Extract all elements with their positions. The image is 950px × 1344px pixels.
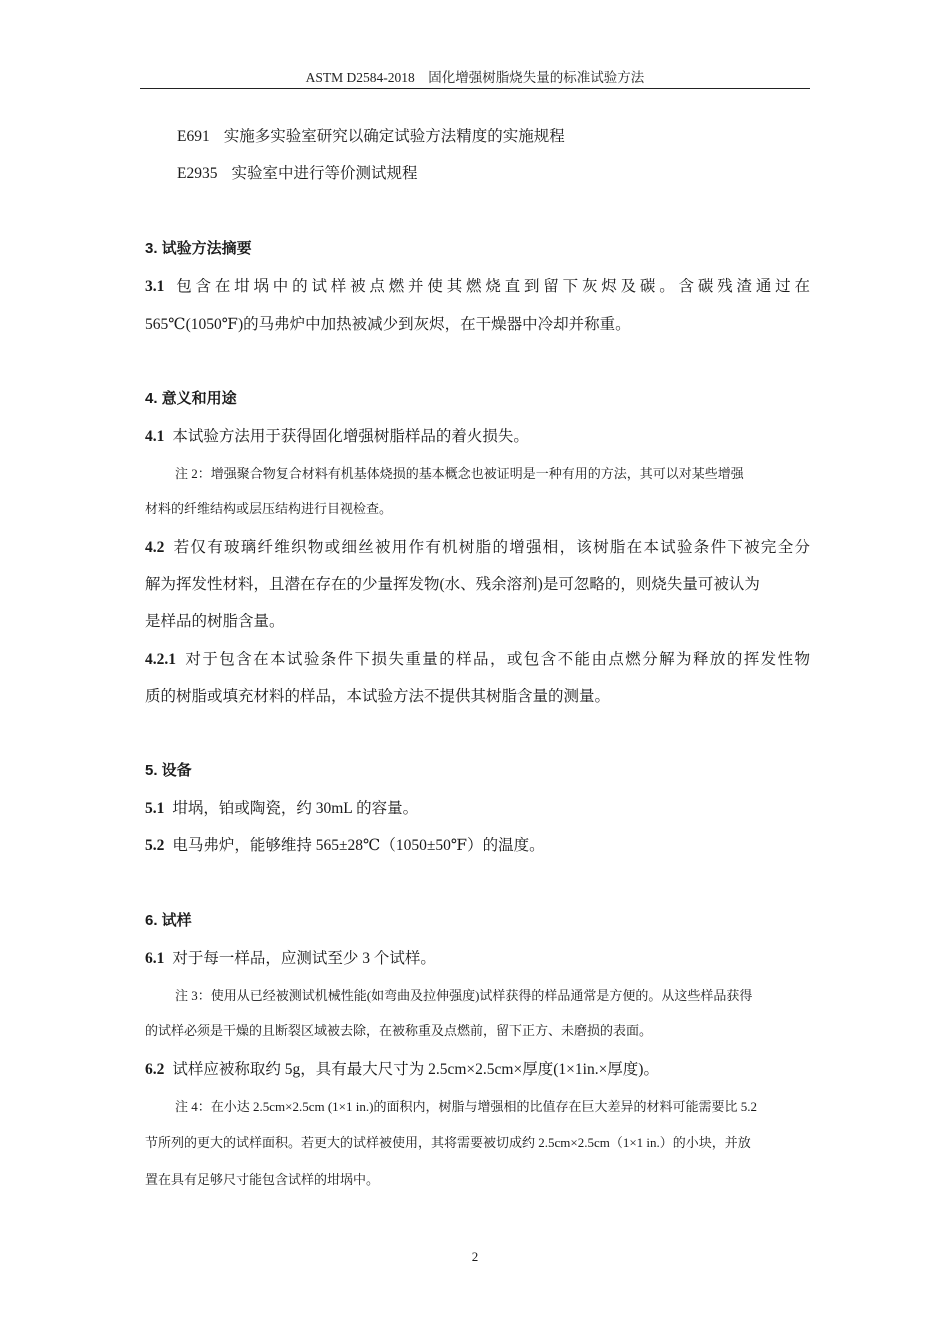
paragraph-3-1: 3.1包含在坩埚中的试样被点燃并使其燃烧直到留下灰烬及碳。含碳残渣通过在 xyxy=(145,274,810,296)
paragraph-text: 电马弗炉，能够维持 565±28℃（1050±50℉）的温度。 xyxy=(172,837,544,854)
note-4-continued: 置在具有足够尺寸能包含试样的坩埚中。 xyxy=(145,1169,810,1188)
paragraph-4-2: 4.2若仅有玻璃纤维织物或细丝被用作有机树脂的增强相，该树脂在本试验条件下被完全… xyxy=(145,535,810,557)
note-4-continued: 节所列的更大的试样面积。若更大的试样被使用，其将需要被切成约 2.5cm×2.5… xyxy=(145,1132,810,1151)
clause-number: 3.1 xyxy=(145,278,164,295)
reference-code: E2935 xyxy=(177,165,217,183)
section-heading: 3. 试验方法摘要 xyxy=(145,237,810,258)
paragraph-5-1: 5.1坩埚，铂或陶瓷，约 30mL 的容量。 xyxy=(145,796,810,818)
section-heading: 5. 设备 xyxy=(145,759,810,780)
paragraph-text: 对于每一样品，应测试至少 3 个试样。 xyxy=(172,950,436,967)
paragraph-5-2: 5.2电马弗炉，能够维持 565±28℃（1050±50℉）的温度。 xyxy=(145,833,810,855)
paragraph-text: 坩埚，铂或陶瓷，约 30mL 的容量。 xyxy=(172,800,418,817)
running-header: ASTM D2584-2018 固化增强树脂烧失量的标准试验方法 xyxy=(140,66,810,86)
paragraph-text: 565℃(1050℉)的马弗炉中加热被减少到灰烬，在干燥器中冷却并称重。 xyxy=(145,312,810,334)
paragraph-text: 对于包含在本试验条件下损失重量的样品，或包含不能由点燃分解为释放的挥发性物 xyxy=(184,651,810,668)
reference-item: E2935实验室中进行等价测试规程 xyxy=(177,161,842,183)
paragraph-text: 试样应被称取约 5g，具有最大尺寸为 2.5cm×2.5cm×厚度(1×1in.… xyxy=(172,1061,659,1078)
clause-number: 4.1 xyxy=(145,428,164,445)
clause-number: 4.2 xyxy=(145,539,164,556)
paragraph-text: 是样品的树脂含量。 xyxy=(145,609,810,631)
clause-number: 6.2 xyxy=(145,1061,164,1078)
paragraph-text: 质的树脂或填充材料的样品，本试验方法不提供其树脂含量的测量。 xyxy=(145,684,810,706)
clause-number: 5.2 xyxy=(145,837,164,854)
clause-number: 6.1 xyxy=(145,950,164,967)
page-number: 2 xyxy=(440,1249,510,1265)
paragraph-4-1: 4.1本试验方法用于获得固化增强树脂样品的着火损失。 xyxy=(145,424,810,446)
clause-number: 4.2.1 xyxy=(145,651,176,668)
reference-title: 实施多实验室研究以确定试验方法精度的实施规程 xyxy=(224,128,565,145)
paragraph-text: 本试验方法用于获得固化增强树脂样品的着火损失。 xyxy=(172,428,529,445)
note-2: 注 2：增强聚合物复合材料有机基体烧损的基本概念也被证明是一种有用的方法，其可以… xyxy=(175,463,810,482)
note-4: 注 4：在小达 2.5cm×2.5cm (1×1 in.)的面积内，树脂与增强相… xyxy=(175,1096,810,1115)
paragraph-6-2: 6.2试样应被称取约 5g，具有最大尺寸为 2.5cm×2.5cm×厚度(1×1… xyxy=(145,1057,810,1079)
paragraph-6-1: 6.1对于每一样品，应测试至少 3 个试样。 xyxy=(145,946,810,968)
reference-code: E691 xyxy=(177,128,210,146)
reference-item: E691实施多实验室研究以确定试验方法精度的实施规程 xyxy=(177,124,842,146)
clause-number: 5.1 xyxy=(145,800,164,817)
paragraph-4-2-1: 4.2.1对于包含在本试验条件下损失重量的样品，或包含不能由点燃分解为释放的挥发… xyxy=(145,647,810,669)
paragraph-text: 包含在坩埚中的试样被点燃并使其燃烧直到留下灰烬及碳。含碳残渣通过在 xyxy=(172,278,810,295)
note-3: 注 3：使用从已经被测试机械性能(如弯曲及拉伸强度)试样获得的样品通常是方便的。… xyxy=(175,985,810,1004)
reference-title: 实验室中进行等价测试规程 xyxy=(231,165,417,182)
note-2-continued: 材料的纤维结构或层压结构进行目视检查。 xyxy=(145,498,810,517)
paragraph-text: 解为挥发性材料，且潜在存在的少量挥发物(水、残余溶剂)是可忽略的，则烧失量可被认… xyxy=(145,572,810,594)
paragraph-text: 若仅有玻璃纤维织物或细丝被用作有机树脂的增强相，该树脂在本试验条件下被完全分 xyxy=(172,539,810,556)
note-3-continued: 的试样必须是干燥的且断裂区域被去除，在被称重及点燃前，留下正方、未磨损的表面。 xyxy=(145,1020,810,1039)
section-heading: 6. 试样 xyxy=(145,909,810,930)
section-heading: 4. 意义和用途 xyxy=(145,387,810,408)
header-divider xyxy=(140,88,810,89)
